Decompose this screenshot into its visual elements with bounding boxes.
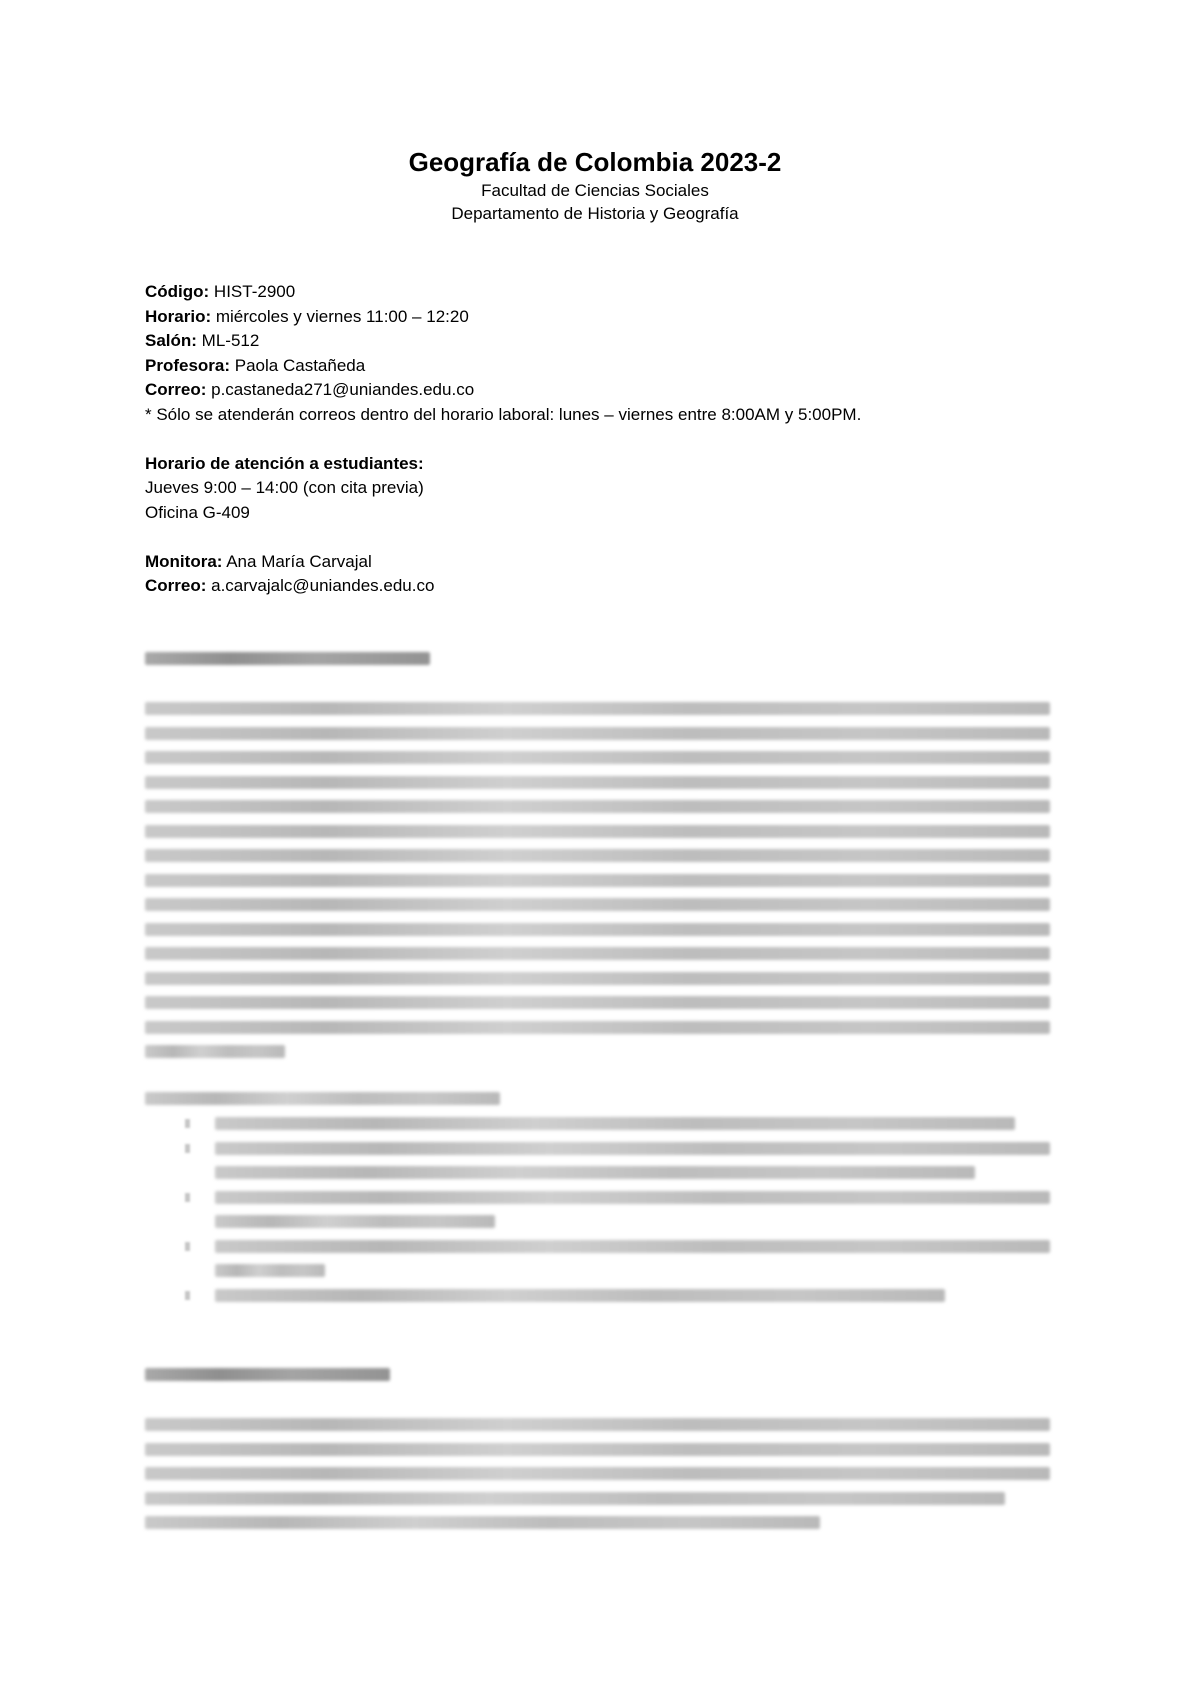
monitor-email-label: Correo: [145,576,206,595]
syllabus-page: Geografía de Colombia 2023-2 Facultad de… [0,0,1190,1683]
redacted-objectives-intro [145,1092,500,1117]
course-code-label: Código: [145,282,209,301]
list-item [145,1117,1050,1130]
course-info-block: Código: HIST-2900 Horario: miércoles y v… [145,280,861,599]
office-location: Oficina G-409 [145,501,861,526]
course-room: Salón: ML-512 [145,329,861,354]
professor-email: Correo: p.castaneda271@uniandes.edu.co [145,378,861,403]
course-title: Geografía de Colombia 2023-2 [0,145,1190,179]
course-code-value: HIST-2900 [209,282,295,301]
professor-name: Paola Castañeda [230,356,365,375]
professor-email-label: Correo: [145,380,206,399]
list-item [145,1289,1050,1302]
course-room-value: ML-512 [197,331,259,350]
office-hours-heading-text: Horario de atención a estudiantes: [145,454,424,473]
course-professor: Profesora: Paola Castañeda [145,354,861,379]
document-header: Geografía de Colombia 2023-2 Facultad de… [0,145,1190,225]
redacted-section-heading-2 [145,1368,390,1393]
course-schedule: Horario: miércoles y viernes 11:00 – 12:… [145,305,861,330]
redacted-objectives-list [145,1117,1050,1313]
list-item [145,1142,1050,1180]
course-schedule-label: Horario: [145,307,211,326]
monitor: Monitora: Ana María Carvajal [145,550,861,575]
professor-email-value[interactable]: p.castaneda271@uniandes.edu.co [206,380,474,399]
monitor-email: Correo: a.carvajalc@uniandes.edu.co [145,574,861,599]
monitor-email-value[interactable]: a.carvajalc@uniandes.edu.co [206,576,434,595]
professor-label: Profesora: [145,356,230,375]
faculty-name: Facultad de Ciencias Sociales [0,179,1190,202]
course-schedule-value: miércoles y viernes 11:00 – 12:20 [211,307,469,326]
monitor-name: Ana María Carvajal [222,552,371,571]
redacted-section-heading-1 [145,652,430,677]
monitor-label: Monitora: [145,552,222,571]
email-policy-note: * Sólo se atenderán correos dentro del h… [145,403,861,428]
department-name: Departamento de Historia y Geografía [0,202,1190,225]
list-item [145,1191,1050,1229]
redacted-methodology-paragraph [145,1418,1050,1541]
course-code: Código: HIST-2900 [145,280,861,305]
list-item [145,1240,1050,1278]
office-hours-heading: Horario de atención a estudiantes: [145,452,861,477]
redacted-description-paragraph [145,702,1050,1070]
office-hours-time: Jueves 9:00 – 14:00 (con cita previa) [145,476,861,501]
course-room-label: Salón: [145,331,197,350]
